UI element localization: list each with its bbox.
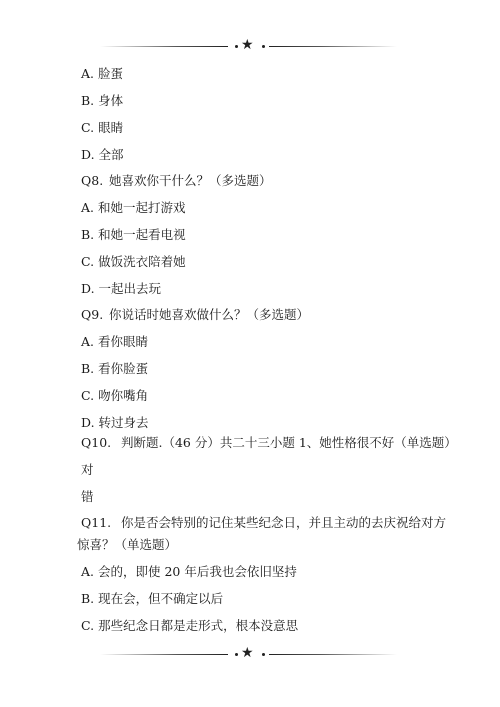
q8-option-b: B. 和她一起看电视 (81, 227, 186, 243)
dot-icon (262, 45, 265, 48)
option-b: B. 身体 (81, 93, 123, 109)
question-q8: Q8.她喜欢你干什么？（多选题） (81, 173, 272, 189)
q9-option-c: C. 吻你嘴角 (81, 388, 148, 404)
question-text: 她喜欢你干什么？（多选题） (109, 173, 272, 188)
question-q9: Q9.你说话时她喜欢做什么？（多选题） (81, 307, 309, 323)
dot-icon (235, 653, 238, 656)
question-text: 判断题.（46 分）共二十三小题 1、她性格很不好（单选题） (121, 435, 457, 450)
dot-icon (262, 653, 265, 656)
question-number: Q9. (81, 307, 109, 323)
q11-option-a: A. 会的，即使 20 年后我也会依旧坚持 (81, 564, 297, 580)
question-q10: Q10.判断题.（46 分）共二十三小题 1、她性格很不好（单选题） (81, 435, 457, 451)
divider-line (100, 46, 228, 47)
option-a: A. 脸蛋 (81, 66, 123, 82)
divider-line (269, 654, 397, 655)
question-q11-continued: 惊喜？（单选题） (77, 537, 177, 553)
q11-option-b: B. 现在会，但不确定以后 (81, 591, 223, 607)
star-icon: ★ (241, 646, 254, 660)
divider-line (269, 46, 397, 47)
divider-line (100, 654, 228, 655)
top-divider: ★ (100, 40, 400, 54)
question-text: 你说话时她喜欢做什么？（多选题） (109, 307, 309, 322)
star-icon: ★ (241, 38, 254, 52)
q8-option-a: A. 和她一起打游戏 (81, 200, 185, 216)
q9-option-d: D. 转过身去 (81, 415, 149, 431)
dot-icon (235, 45, 238, 48)
q10-option-false: 错 (81, 489, 94, 505)
q9-option-b: B. 看你脸蛋 (81, 361, 148, 377)
option-d: D. 全部 (81, 147, 124, 163)
q11-option-c: C. 那些纪念日都是走形式，根本没意思 (81, 618, 298, 634)
question-number: Q11. (81, 515, 121, 531)
q8-option-c: C. 做饭洗衣陪着她 (81, 254, 186, 270)
option-c: C. 眼睛 (81, 120, 123, 136)
q10-option-true: 对 (81, 462, 94, 478)
q9-option-a: A. 看你眼睛 (81, 334, 148, 350)
question-number: Q8. (81, 173, 109, 189)
q8-option-d: D. 一起出去玩 (81, 281, 161, 297)
question-q11: Q11.你是否会特别的记住某些纪念日，并且主动的去庆祝给对方 (81, 515, 446, 531)
question-text: 你是否会特别的记住某些纪念日，并且主动的去庆祝给对方 (121, 515, 446, 530)
question-number: Q10. (81, 435, 121, 451)
bottom-divider: ★ (100, 648, 400, 662)
